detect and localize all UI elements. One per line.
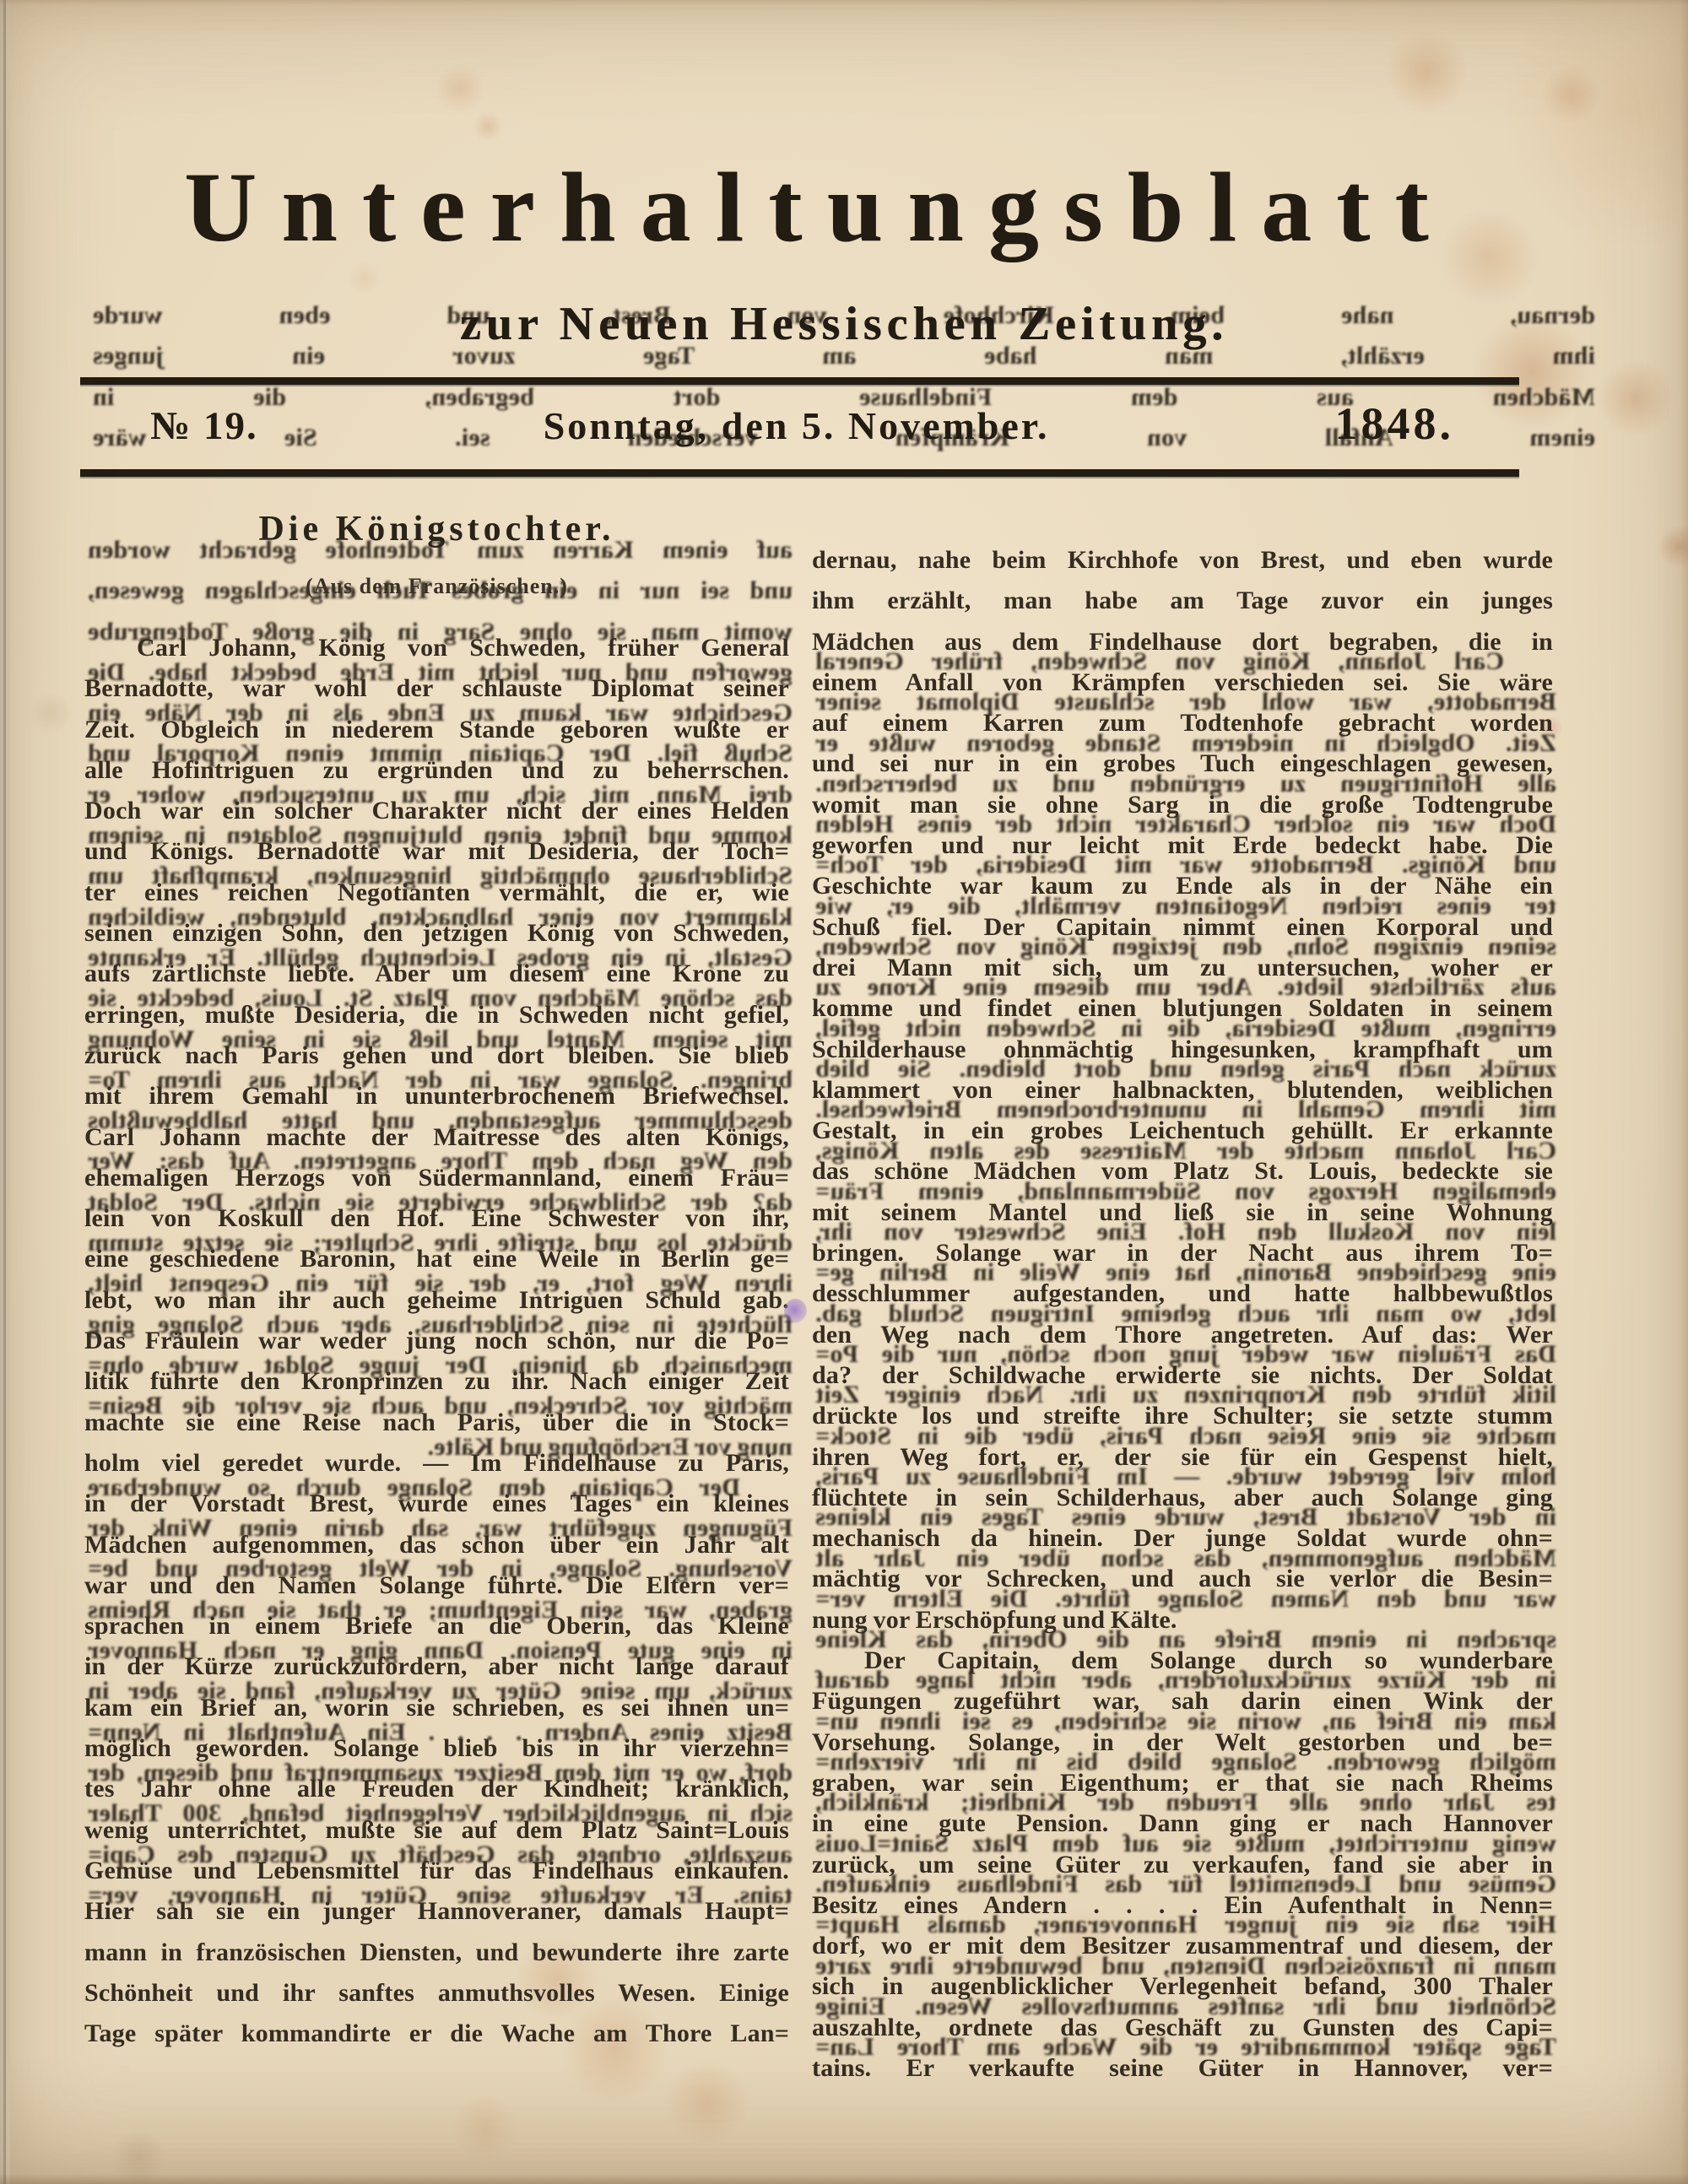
text-line: mit ihrem Gemahl in ununterbrochenem Bri… bbox=[84, 1076, 789, 1116]
text-line: litik führte den Kronprinzen zu ihr. Nac… bbox=[84, 1361, 789, 1402]
left-column-text: Carl Johann, König von Schweden, früher … bbox=[84, 628, 789, 2054]
text-line: Carl Johann, König von Schweden, früher … bbox=[84, 628, 789, 668]
text-line: alle Hofintriguen zu ergründen und zu be… bbox=[84, 750, 789, 791]
text-line: Schönheit und ihr sanftes anmuthsvolles … bbox=[84, 1973, 789, 2014]
right-column-text: dernau, nahe beim Kirchhofe von Brest, u… bbox=[812, 540, 1553, 2089]
text-line: sich in augenblicklicher Verlegenheit be… bbox=[812, 1966, 1553, 2007]
text-line: zurück nach Paris gehen und dort bleiben… bbox=[84, 1035, 789, 1076]
text-line: Carl Johann machte der Maitresse des alt… bbox=[84, 1117, 789, 1158]
text-line: lein von Koskull den Hof. Eine Schwester… bbox=[84, 1198, 789, 1239]
article-title: Die Königstochter. bbox=[84, 510, 789, 549]
text-line: Mädchen aufgenommen, das schon über ein … bbox=[84, 1525, 789, 1565]
text-line: Geschichte war kaum zu Ende als in der N… bbox=[812, 866, 1553, 906]
text-line: flüchtete in sein Schilderhaus, aber auc… bbox=[812, 1478, 1553, 1518]
text-line: Zeit. Obgleich in niederem Stande gebore… bbox=[84, 710, 789, 750]
text-line: Der Capitain, dem Solange durch so wunde… bbox=[812, 1641, 1553, 1681]
text-line: in der Vorstadt Brest, wurde eines Tages… bbox=[84, 1484, 789, 1524]
text-line: sprachen in einem Briefe an die Oberin, … bbox=[84, 1606, 789, 1646]
left-column: Die Königstochter. (Aus dem Französische… bbox=[84, 498, 789, 2054]
text-line: ter eines reichen Negotianten vermählt, … bbox=[84, 873, 789, 913]
text-line: mechanisch da hinein. Der junge Soldat w… bbox=[812, 1518, 1553, 1559]
issue-date: Sonntag, den 5. November. bbox=[544, 397, 1050, 448]
text-line: ihren Weg fort, er, der sie für ein Gesp… bbox=[812, 1437, 1553, 1478]
text-line: tes Jahr ohne alle Freuden der Kindheit;… bbox=[84, 1769, 789, 1809]
text-line: kam ein Brief an, worin sie schrieben, e… bbox=[84, 1688, 789, 1728]
text-line: seinen einzigen Sohn, den jetzigen König… bbox=[84, 913, 789, 954]
page-edge-top bbox=[0, 0, 1688, 6]
masthead-top-rule bbox=[80, 377, 1519, 385]
text-line: auf einem Karren zum Todtenhofe gebracht… bbox=[812, 703, 1553, 743]
text-line: Bernadotte, war wohl der schlauste Diplo… bbox=[84, 668, 789, 709]
issue-number: № 19. bbox=[150, 403, 258, 449]
text-line: Tage später kommandirte er die Wache am … bbox=[84, 2014, 789, 2054]
newspaper-page-scan: dernau, nahe beim Kirchhofe von Brest, u… bbox=[0, 0, 1688, 2184]
text-line: war und den Namen Solange führte. Die El… bbox=[84, 1565, 789, 1606]
text-line: machte sie eine Reise nach Paris, über d… bbox=[84, 1403, 789, 1443]
text-line: den Weg nach dem Thore angetreten. Auf d… bbox=[812, 1315, 1553, 1355]
text-line: desschlummer aufgestanden, und hatte hal… bbox=[812, 1273, 1553, 1314]
article-subtitle: (Aus dem Französischen.) bbox=[84, 574, 789, 599]
text-line: mann in französischen Diensten, und bewu… bbox=[84, 1933, 789, 1973]
text-line: Mädchen aus dem Findelhause dort begrabe… bbox=[812, 622, 1553, 662]
text-line: in eine gute Pension. Dann ging er nach … bbox=[812, 1803, 1553, 1844]
text-line: Das Fräulein war weder jung noch schön, … bbox=[84, 1321, 789, 1361]
text-line: Besitz eines Andern . . . . Ein Aufentha… bbox=[812, 1885, 1553, 1926]
masthead-bottom-rule bbox=[80, 469, 1519, 477]
text-line: ehemaligen Herzogs von Südermannland, ei… bbox=[84, 1158, 789, 1198]
issue-row: № 19. Sonntag, den 5. November. 1848. bbox=[150, 397, 1454, 462]
masthead-subtitle: zur Neuen Hessischen Zeitung. bbox=[0, 297, 1688, 351]
text-line: zurück, um seine Güter zu verkaufen, fan… bbox=[812, 1845, 1553, 1885]
text-line: graben, war sein Eigenthum; er that sie … bbox=[812, 1763, 1553, 1803]
text-line: dernau, nahe beim Kirchhofe von Brest, u… bbox=[812, 540, 1553, 581]
issue-year: 1848. bbox=[1334, 397, 1454, 450]
text-line: geworfen und nur leicht mit Erde bedeckt… bbox=[812, 825, 1553, 866]
text-line: tains. Er verkaufte seine Güter in Hanno… bbox=[812, 2048, 1553, 2089]
text-line: Fügungen zugeführt war, sah darin einen … bbox=[812, 1681, 1553, 1722]
text-line: dorf, wo er mit dem Besitzer zusammentra… bbox=[812, 1926, 1553, 1966]
text-line: komme und findet einen blutjungen Soldat… bbox=[812, 988, 1553, 1029]
text-line: mit seinem Mantel und ließ sie in seine … bbox=[812, 1192, 1553, 1233]
right-column: dernau, nahe beim Kirchhofe von Brest, u… bbox=[812, 498, 1553, 2089]
text-line: lebt, wo man ihr auch geheime Intriguen … bbox=[84, 1280, 789, 1321]
text-line: Gemüse und Lebensmittel für das Findelha… bbox=[84, 1851, 789, 1891]
text-line: womit man sie ohne Sarg in die große Tod… bbox=[812, 785, 1553, 825]
text-line: das schöne Mädchen vom Platz St. Louis, … bbox=[812, 1151, 1553, 1192]
text-line: klammert von einer halbnackten, blutende… bbox=[812, 1070, 1553, 1111]
text-line: Schilderhause ohnmächtig hingesunken, kr… bbox=[812, 1030, 1553, 1070]
text-line: wenig unterrichtet, mußte sie auf dem Pl… bbox=[84, 1810, 789, 1851]
purple-ink-blemish bbox=[784, 1299, 807, 1323]
text-line: möglich geworden. Solange blieb bis in i… bbox=[84, 1728, 789, 1769]
text-line: Doch war ein solcher Charakter nicht der… bbox=[84, 791, 789, 831]
text-line: drückte los und streifte ihre Schulter; … bbox=[812, 1396, 1553, 1436]
text-line: eine geschiedene Baronin, hat eine Weile… bbox=[84, 1239, 789, 1279]
text-line: mächtig vor Schrecken, und auch sie verl… bbox=[812, 1559, 1553, 1599]
text-line: ihm erzählt, man habe am Tage zuvor ein … bbox=[812, 581, 1553, 621]
text-line: einem Anfall von Krämpfen verschieden se… bbox=[812, 662, 1553, 703]
text-line: und Königs. Bernadotte war mit Desideria… bbox=[84, 831, 789, 872]
text-line: drei Mann mit sich, um zu untersuchen, w… bbox=[812, 948, 1553, 988]
page-edge-bottom bbox=[0, 2174, 1688, 2184]
masthead-title: Unterhaltungsblatt bbox=[0, 150, 1637, 289]
text-line: aufs zärtlichste liebte. Aber um diesem … bbox=[84, 954, 789, 994]
text-line: auszahlte, ordnete das Geschäft zu Gunst… bbox=[812, 2008, 1553, 2048]
text-line: Schuß fiel. Der Capitain nimmt einen Kor… bbox=[812, 907, 1553, 948]
text-line: in der Kürze zurückzufordern, aber nicht… bbox=[84, 1646, 789, 1687]
text-line: Gestalt, in ein grobes Leichentuch gehül… bbox=[812, 1111, 1553, 1151]
text-line: Hier sah sie ein junger Hannoveraner, da… bbox=[84, 1891, 789, 1932]
text-line: holm viel geredet wurde. — Im Findelhaus… bbox=[84, 1443, 789, 1484]
text-line: bringen. Solange war in der Nacht aus ih… bbox=[812, 1233, 1553, 1273]
text-line: und sei nur in ein grobes Tuch eingeschl… bbox=[812, 743, 1553, 784]
text-line: nung vor Erschöpfung und Kälte. bbox=[812, 1600, 1553, 1641]
text-line: Vorsehung. Solange, in der Welt gestorbe… bbox=[812, 1722, 1553, 1763]
text-line: erringen, mußte Desideria, die in Schwed… bbox=[84, 995, 789, 1035]
text-line: da? der Schildwache erwiderte sie nichts… bbox=[812, 1355, 1553, 1396]
